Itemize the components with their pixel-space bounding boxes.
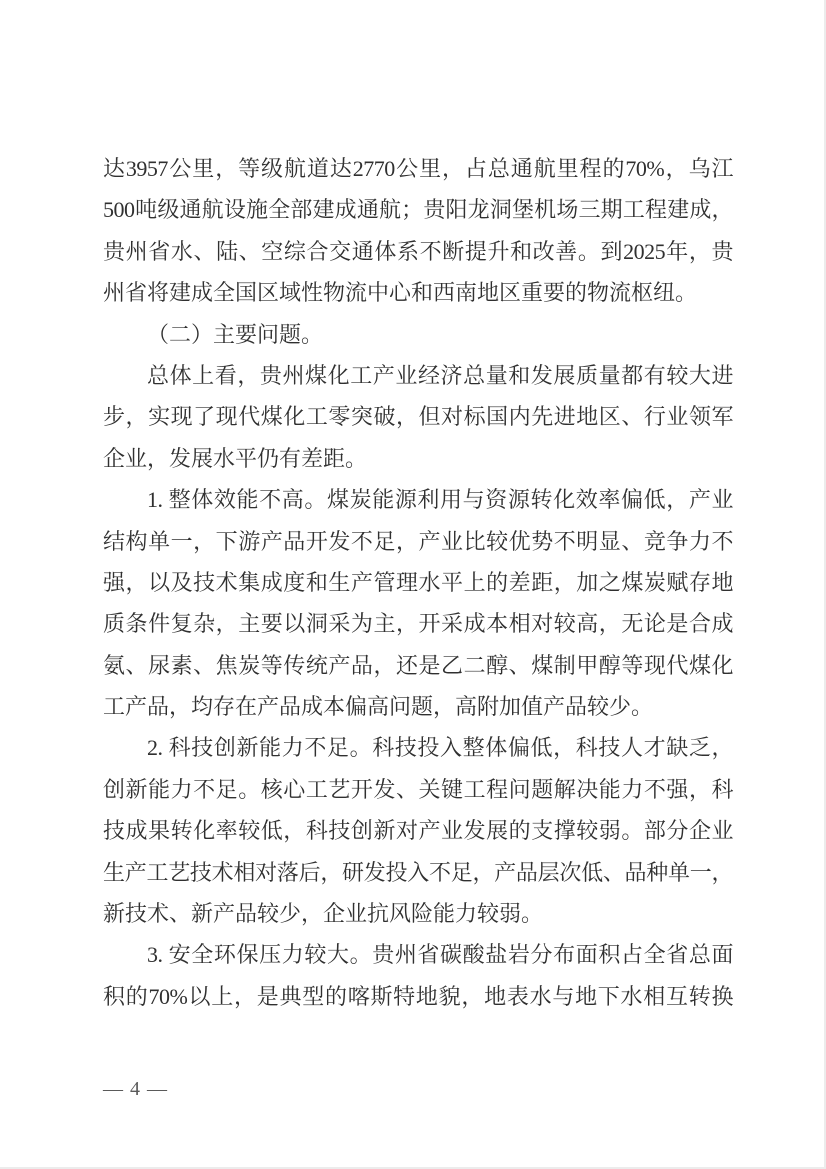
page-number: — 4 — xyxy=(103,1078,168,1100)
document-page: 达3957公里，等级航道达2770公里，占总通航里程的70%，乌江500吨级通航… xyxy=(0,0,826,1169)
text-line: 州省将建成全国区域性物流中心和西南地区重要的物流枢纽。 xyxy=(103,272,733,313)
text-line: （二）主要问题。 xyxy=(103,314,733,355)
document-body: 达3957公里，等级航道达2770公里，占总通航里程的70%，乌江500吨级通航… xyxy=(103,148,733,1017)
text-line: 技成果转化率较低，科技创新对产业发展的支撑较弱。部分企业 xyxy=(103,810,733,851)
text-line: 3. 安全环保压力较大。贵州省碳酸盐岩分布面积占全省总面 xyxy=(103,934,733,975)
text-line: 生产工艺技术相对落后，研发投入不足，产品层次低、品种单一， xyxy=(103,852,733,893)
text-line: 500吨级通航设施全部建成通航；贵阳龙洞堡机场三期工程建成， xyxy=(103,189,733,230)
page-footer: — 4 — xyxy=(103,1076,168,1102)
text-line: 达3957公里，等级航道达2770公里，占总通航里程的70%，乌江 xyxy=(103,148,733,189)
text-line: 质条件复杂，主要以洞采为主，开采成本相对较高，无论是合成 xyxy=(103,603,733,644)
text-line: 总体上看，贵州煤化工产业经济总量和发展质量都有较大进 xyxy=(103,355,733,396)
text-line: 步，实现了现代煤化工零突破，但对标国内先进地区、行业领军 xyxy=(103,396,733,437)
text-line: 工产品，均存在产品成本偏高问题，高附加值产品较少。 xyxy=(103,686,733,727)
text-line: 创新能力不足。核心工艺开发、关键工程问题解决能力不强，科 xyxy=(103,769,733,810)
text-line: 2. 科技创新能力不足。科技投入整体偏低，科技人才缺乏， xyxy=(103,727,733,768)
text-line: 结构单一，下游产品开发不足，产业比较优势不明显、竞争力不 xyxy=(103,521,733,562)
text-line: 1. 整体效能不高。煤炭能源利用与资源转化效率偏低，产业 xyxy=(103,479,733,520)
text-line: 贵州省水、陆、空综合交通体系不断提升和改善。到2025年，贵 xyxy=(103,231,733,272)
text-line: 新技术、新产品较少，企业抗风险能力较弱。 xyxy=(103,893,733,934)
text-line: 企业，发展水平仍有差距。 xyxy=(103,438,733,479)
text-line: 氨、尿素、焦炭等传统产品，还是乙二醇、煤制甲醇等现代煤化 xyxy=(103,645,733,686)
text-line: 积的70%以上，是典型的喀斯特地貌，地表水与地下水相互转换 xyxy=(103,976,733,1017)
text-line: 强，以及技术集成度和生产管理水平上的差距，加之煤炭赋存地 xyxy=(103,562,733,603)
